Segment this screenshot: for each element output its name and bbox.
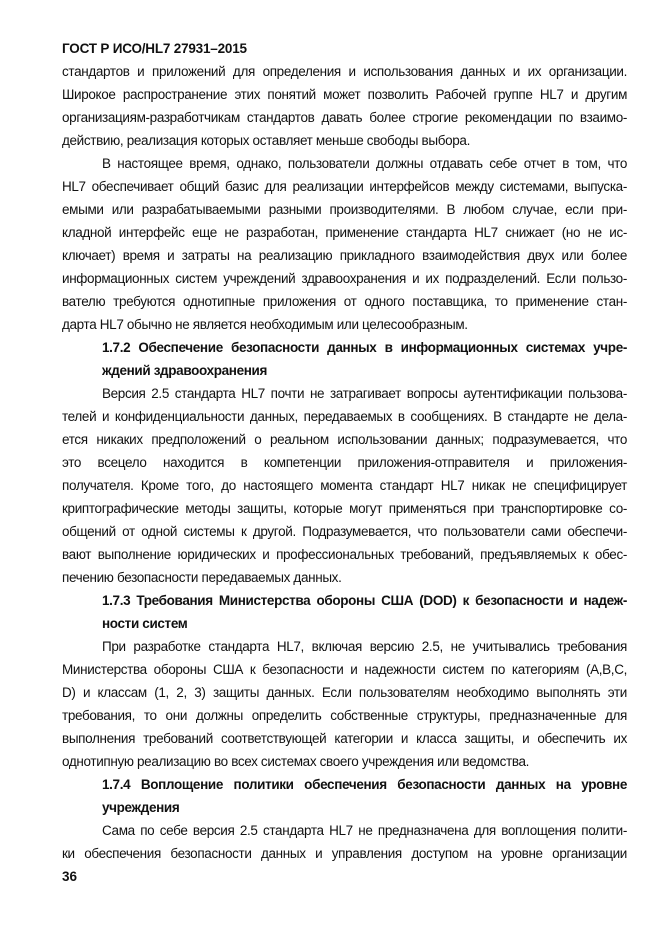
paragraph-line: ки обеспечения безопасности данных и упр… (62, 842, 627, 865)
paragraph-line: вателю требуются однотипные приложения о… (62, 290, 627, 313)
section-heading-line: ждений здравоохранения (62, 359, 627, 382)
section-heading-line: учреждения (62, 796, 627, 819)
paragraph-line: действию, реализация которых оставляет м… (62, 129, 627, 152)
paragraph-line: это всецело находится в компетенции прил… (62, 451, 627, 474)
paragraph-line: вают выполнение юридических и профессион… (62, 543, 627, 566)
paragraph-line: Версия 2.5 стандарта HL7 почти не затраг… (62, 382, 627, 405)
paragraph-line: При разработке стандарта HL7, включая ве… (62, 635, 627, 658)
paragraph-line: телей и конфиденциальности данных, перед… (62, 405, 627, 428)
paragraph-line: ключает) время и затраты на реализацию п… (62, 244, 627, 267)
paragraph-line: однотипную реализацию во всех системах с… (62, 750, 627, 773)
paragraph-line: печению безопасности передаваемых данных… (62, 566, 627, 589)
paragraph-line: информационных систем учреждений здравоо… (62, 267, 627, 290)
section-heading-line: ности систем (62, 612, 627, 635)
page-number: 36 (62, 869, 77, 884)
paragraph-line: получателя. Кроме того, до настоящего мо… (62, 474, 627, 497)
paragraph-line: емыми или разрабатываемыми разными произ… (62, 198, 627, 221)
document-header: ГОСТ Р ИСО/HL7 27931–2015 (62, 38, 627, 60)
paragraph-line: Министерства обороны США к безопасности … (62, 658, 627, 681)
document-body: стандартов и приложений для определения … (62, 60, 627, 865)
paragraph-line: стандартов и приложений для определения … (62, 60, 627, 83)
paragraph-line: Сама по себе версия 2.5 стандарта HL7 не… (62, 819, 627, 842)
paragraph-line: D) и классам (1, 2, 3) защиты данных. Ес… (62, 681, 627, 704)
section-heading-line: 1.7.2 Обеспечение безопасности данных в … (62, 336, 627, 359)
paragraph-line: выполнения требований соответствующей ка… (62, 727, 627, 750)
paragraph-line: организациям-разработчикам стандартов да… (62, 106, 627, 129)
paragraph-line: HL7 обеспечивает общий базис для реализа… (62, 175, 627, 198)
paragraph-line: общений от одной системы к другой. Подра… (62, 520, 627, 543)
document-page: ГОСТ Р ИСО/HL7 27931–2015 стандартов и п… (62, 38, 627, 865)
paragraph-line: дарта HL7 обычно не является необходимым… (62, 313, 627, 336)
paragraph-line: криптографические методы защиты, которые… (62, 497, 627, 520)
paragraph-line: требования, то они должны определить соб… (62, 704, 627, 727)
paragraph-line: Широкое распространение этих понятий мож… (62, 83, 627, 106)
paragraph-line: ется никаких предположений о реальном ис… (62, 428, 627, 451)
section-heading-line: 1.7.4 Воплощение политики обеспечения бе… (62, 773, 627, 796)
paragraph-line: кладной интерфейс еще не разработан, при… (62, 221, 627, 244)
section-heading-line: 1.7.3 Требования Министерства обороны СШ… (62, 589, 627, 612)
paragraph-line: В настоящее время, однако, пользователи … (62, 152, 627, 175)
